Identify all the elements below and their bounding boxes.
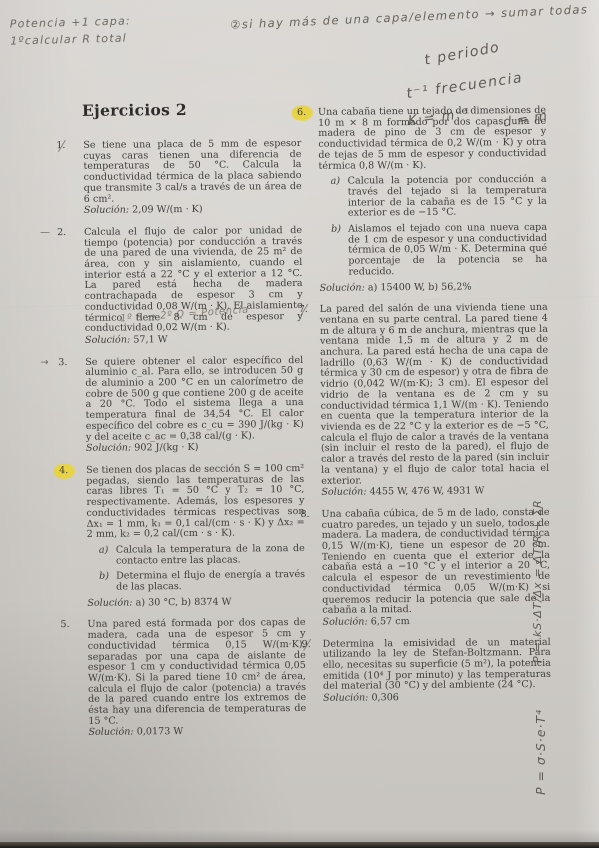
exercise-text: Una pared está formada por dos capas de … <box>87 618 306 727</box>
sub-item-text: Calcula la potencia por conducción a tra… <box>348 174 547 219</box>
sub-item-label: a) <box>331 177 341 188</box>
sub-item-a: a) Calcula la potencia por conducción a … <box>331 175 547 220</box>
page-bottom-shadow <box>0 830 599 842</box>
exercise-text: Calcula el flujo de calor por unidad de … <box>84 226 303 335</box>
exercise-1: 1. Se tiene una placa de 5 mm de espesor… <box>56 139 302 217</box>
photographed-paper-page: Potencia +1 capa: 1ºcalcular R total ②si… <box>0 0 599 848</box>
solution-line: Solución: 2,09 W/(m · K) <box>84 204 302 217</box>
solution-line: Solución: 57,1 W <box>85 334 303 347</box>
sub-item-text: Calcula la temperatura de la zona de con… <box>116 543 305 566</box>
exercise-text: Una cabaña tiene un tejado de dimensione… <box>318 106 547 172</box>
table-edge <box>0 842 599 848</box>
solution-label: Solución: <box>86 443 131 454</box>
right-column: 6. Una cabaña tiene un tejado de dimensi… <box>297 106 551 716</box>
exercise-6: 6. Una cabaña tiene un tejado de dimensi… <box>297 106 548 294</box>
solution-value: 0,306 <box>371 692 399 703</box>
solution-line: Solución: 0,306 <box>323 692 551 705</box>
solution-label: Solución: <box>320 282 365 293</box>
solution-line: Solución: 902 J/(kg · K) <box>86 442 304 455</box>
exercise-5: 5. Una pared está formada por dos capas … <box>60 618 306 739</box>
exercise-2: 2. — Calcula el flujo de calor por unida… <box>57 226 303 347</box>
sub-item-label: b) <box>331 225 341 236</box>
sub-item-text: Determina el flujo de energía a través d… <box>116 569 305 592</box>
solution-line: Solución: 0,0173 W <box>88 726 306 739</box>
solution-value: a) 15400 W, b) 56,2% <box>368 281 472 293</box>
exercise-text: Se quiere obtener el calor específico de… <box>85 356 304 444</box>
sub-item-b: b) Determina el flujo de energía a travé… <box>99 570 305 593</box>
solution-value: 57,1 W <box>133 334 167 345</box>
sub-item-label: a) <box>99 546 109 557</box>
exercise-text: Una cabaña cúbica, de 5 m de lado, const… <box>321 508 550 617</box>
exercise-number: 5. <box>60 620 69 631</box>
exercise-number: 2. <box>57 228 66 239</box>
solution-label: Solución: <box>322 616 367 627</box>
exercise-3: 3. → Se quiere obtener el calor específi… <box>58 356 304 455</box>
solution-value: 4455 W, 476 W, 4931 W <box>370 486 485 498</box>
solution-value: 902 J/(kg · K) <box>134 442 198 454</box>
page-title: Ejercicios 2 <box>82 100 187 120</box>
solution-value: 0,0173 W <box>137 726 184 737</box>
solution-line: Solución: 6,57 cm <box>322 616 550 629</box>
solution-label: Solución: <box>84 205 129 216</box>
solution-label: Solución: <box>88 727 133 738</box>
exercise-text: La pared del salón de una vivienda tiene… <box>320 303 550 487</box>
exercise-number-highlighted: 6. <box>297 108 306 119</box>
exercise-number-highlighted: 4. <box>59 466 68 477</box>
sub-item-a: a) Calcula la temperatura de la zona de … <box>99 544 305 567</box>
exercise-7: 7. La pared del salón de una vivienda ti… <box>299 303 550 499</box>
sub-item-text: Aislamos el tejado con una nueva capa de… <box>348 222 547 278</box>
solution-label: Solución: <box>87 597 132 608</box>
solution-label: Solución: <box>85 334 130 345</box>
solution-label: Solución: <box>323 693 368 704</box>
exercise-text: Determina la emisividad de un material u… <box>323 637 551 693</box>
pencil-arrow-mark: → <box>40 358 48 369</box>
sub-item-label: b) <box>99 572 109 583</box>
exercise-text: Se tienen dos placas de sección S = 100 … <box>86 464 305 541</box>
exercise-8: 8. Una cabaña cúbica, de 5 m de lado, co… <box>300 508 550 629</box>
solution-label: Solución: <box>321 487 366 498</box>
exercise-number: 3. <box>58 358 67 369</box>
exercise-text: Se tiene una placa de 5 mm de espesor cu… <box>83 139 302 205</box>
exercise-4: 4. Se tienen dos placas de sección S = 1… <box>59 464 305 610</box>
solution-value: 2,09 W/(m · K) <box>132 204 202 216</box>
pencil-dash-mark: — <box>40 228 50 239</box>
left-column: 1. Se tiene una placa de 5 mm de espesor… <box>56 139 306 750</box>
solution-line: Solución: 4455 W, 476 W, 4931 W <box>321 486 549 499</box>
solution-line: Solución: a) 30 °C, b) 8374 W <box>87 597 305 610</box>
solution-line: Solución: a) 15400 W, b) 56,2% <box>320 281 548 294</box>
sub-item-b: b) Aislamos el tejado con una nueva capa… <box>331 223 547 278</box>
exercise-number: 8. <box>300 510 309 521</box>
solution-value: 6,57 cm <box>371 616 410 627</box>
exercise-9: 9. Determina la emisividad de un materia… <box>302 637 552 704</box>
solution-value: a) 30 °C, b) 8374 W <box>136 596 232 608</box>
printed-document: Ejercicios 2 1. Se tiene una placa de 5 … <box>0 0 599 848</box>
